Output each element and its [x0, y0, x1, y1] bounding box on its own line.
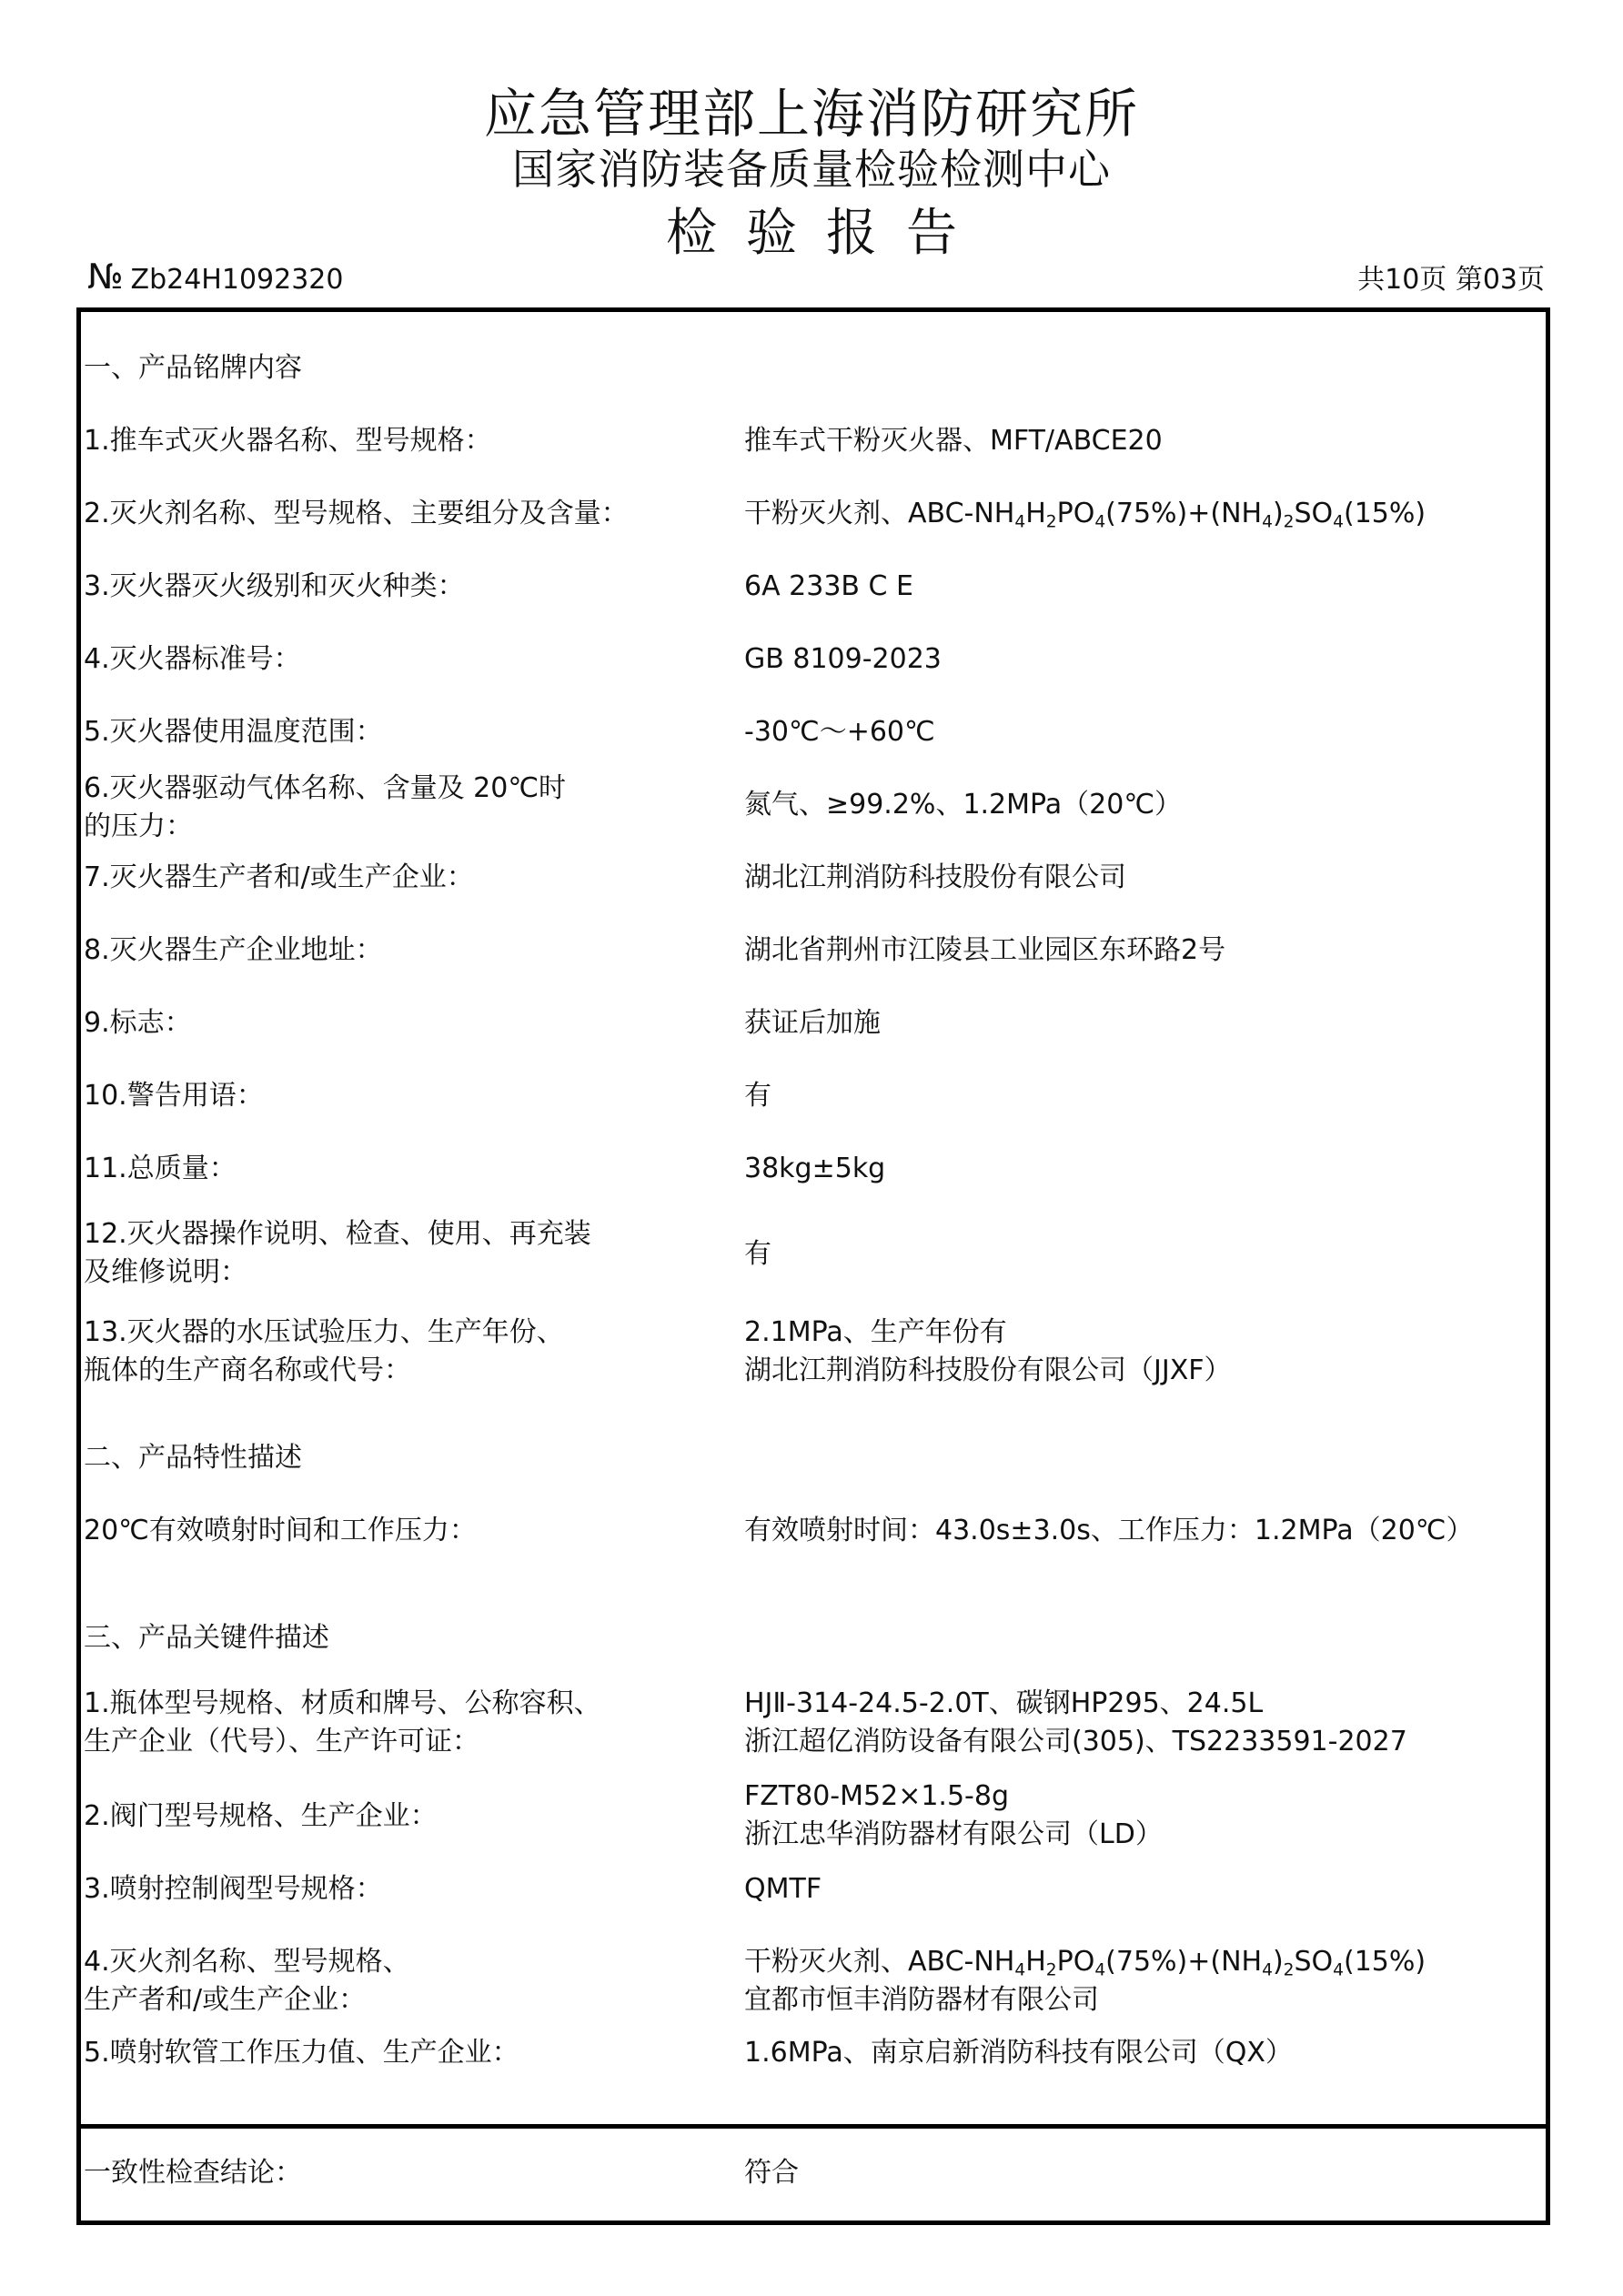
- row-value: 推车式干粉灭火器、MFT/ABCE20: [744, 422, 1545, 460]
- row-value: 1.6MPa、南京启新消防科技有限公司（QX）: [744, 2034, 1545, 2072]
- row-label: 11.总质量：: [84, 1150, 739, 1188]
- row-value-line1: 2.1MPa、生产年份有: [744, 1314, 1545, 1352]
- row-label-line1: 13.灭火器的水压试验压力、生产年份、: [84, 1314, 739, 1352]
- row-label: 10.警告用语：: [84, 1077, 739, 1115]
- report-number: №Zb24H1092320: [87, 257, 343, 297]
- row-value-line2: 浙江超亿消防设备有限公司(305)、TS2233591-2027: [744, 1723, 1545, 1761]
- row-value-line2: 宜都市恒丰消防器材有限公司: [744, 1981, 1545, 2019]
- row-value: 有: [744, 1235, 1545, 1274]
- conclusion-label: 一致性检查结论：: [84, 2154, 739, 2192]
- row-label: 3.喷射控制阀型号规格：: [84, 1870, 739, 1908]
- row-value: 有: [744, 1077, 1545, 1115]
- center-name: 国家消防装备质量检验检测中心: [0, 136, 1623, 196]
- row-label-line2: 的压力：: [84, 808, 739, 846]
- row-label-line2: 生产企业（代号）、生产许可证：: [84, 1723, 739, 1761]
- row-value: 6A 233B C E: [744, 568, 1545, 606]
- row-label: 8.灭火器生产企业地址：: [84, 931, 739, 970]
- row-label-line1: 6.灭火器驱动气体名称、含量及 20℃时: [84, 770, 739, 808]
- row-label-line1: 4.灭火剂名称、型号规格、: [84, 1943, 739, 1981]
- row-value: -30℃～+60℃: [744, 713, 1545, 751]
- row-value: GB 8109-2023: [744, 640, 1545, 679]
- page-info: 共10页 第03页: [1357, 257, 1545, 297]
- row-label: 2.阀门型号规格、生产企业：: [84, 1798, 739, 1836]
- row-label-line2: 瓶体的生产商名称或代号：: [84, 1352, 739, 1390]
- number-sign: №: [87, 257, 124, 297]
- row-label: 1.推车式灭火器名称、型号规格：: [84, 422, 739, 460]
- conclusion-divider: [76, 2124, 1550, 2129]
- row-value: 湖北省荆州市江陵县工业园区东环路2号: [744, 931, 1545, 970]
- row-value: 干粉灭火剂、ABC-NH4H2PO4(75%)+(NH4)2SO4(15%): [744, 495, 1545, 533]
- row-label: 5.灭火器使用温度范围：: [84, 713, 739, 751]
- report-title: 检验报告: [0, 193, 1623, 266]
- row-label: 7.灭火器生产者和/或生产企业：: [84, 859, 739, 897]
- row-value-line1: 干粉灭火剂、ABC-NH4H2PO4(75%)+(NH4)2SO4(15%): [744, 1943, 1545, 1981]
- row-value: QMTF: [744, 1870, 1545, 1908]
- row-label: 3.灭火器灭火级别和灭火种类：: [84, 568, 739, 606]
- conclusion-value: 符合: [744, 2154, 1545, 2192]
- row-value: 氮气、≥99.2%、1.2MPa（20℃）: [744, 786, 1545, 824]
- row-value-line2: 浙江忠华消防器材有限公司（LD）: [744, 1816, 1545, 1854]
- report-number-value: Zb24H1092320: [131, 264, 344, 296]
- row-value: 38kg±5kg: [744, 1150, 1545, 1188]
- row-value-line1: FZT80-M52×1.5-8g: [744, 1777, 1545, 1816]
- row-label: 9.标志：: [84, 1004, 739, 1042]
- row-value: 获证后加施: [744, 1004, 1545, 1042]
- row-label-line2: 及维修说明：: [84, 1254, 739, 1292]
- row-label: 5.喷射软管工作压力值、生产企业：: [84, 2034, 739, 2072]
- row-label-line2: 生产者和/或生产企业：: [84, 1981, 739, 2019]
- row-label-line1: 12.灭火器操作说明、检查、使用、再充装: [84, 1215, 739, 1254]
- row-label: 4.灭火器标准号：: [84, 640, 739, 679]
- row-value: 有效喷射时间：43.0s±3.0s、工作压力：1.2MPa（20℃）: [744, 1512, 1545, 1550]
- row-label: 2.灭火剂名称、型号规格、主要组分及含量：: [84, 495, 739, 533]
- row-label: 20℃有效喷射时间和工作压力：: [84, 1512, 739, 1550]
- row-label-line1: 1.瓶体型号规格、材质和牌号、公称容积、: [84, 1685, 739, 1723]
- row-value-line1: HJⅡ-314-24.5-2.0T、碳钢HP295、24.5L: [744, 1685, 1545, 1723]
- row-value-line2: 湖北江荆消防科技股份有限公司（JJXF）: [744, 1352, 1545, 1390]
- row-value: 湖北江荆消防科技股份有限公司: [744, 859, 1545, 897]
